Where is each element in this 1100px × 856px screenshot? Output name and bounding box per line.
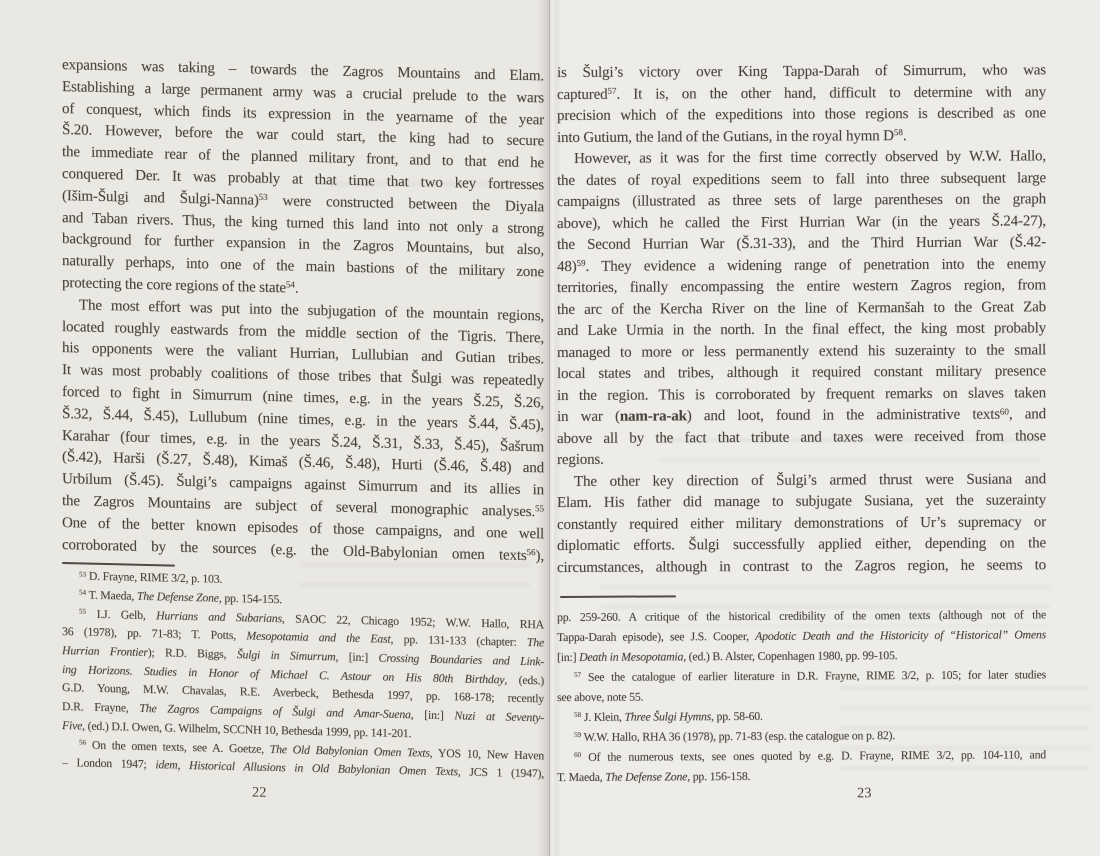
paragraph: 58 J. Klein, Three Šulgi Hymns, pp. 58-6…: [557, 704, 1046, 727]
text-line: managed to more or less permanently exte…: [557, 340, 1046, 364]
page-23-footnotes: pp. 259-260. A critique of the historica…: [557, 604, 1046, 787]
text-line: diplomatic efforts. Šulgi successfully a…: [557, 533, 1046, 557]
paragraph: is Šulgi’s victory over King Tappa-Darah…: [557, 60, 1046, 149]
text-line: 59 W.W. Hallo, RHA 36 (1978), pp. 71-83 …: [557, 724, 1046, 747]
paragraph: pp. 259-260. A critique of the historica…: [557, 604, 1046, 667]
text-line: circumstances, although in contrast to t…: [557, 555, 1046, 579]
footnote-separator: [560, 595, 676, 598]
text-line: see above, note 55.: [557, 684, 1046, 707]
text-line: the arc of the Kercha River on the line …: [557, 297, 1046, 321]
text-line: 60 Of the numerous texts, see ones quote…: [557, 744, 1046, 767]
text-line: 48)59. They evidence a widening range of…: [557, 254, 1046, 278]
paragraph: 59 W.W. Hallo, RHA 36 (1978), pp. 71-83 …: [557, 724, 1046, 747]
text-line: Elam. His father did manage to subjugate…: [557, 490, 1046, 514]
paragraph: 60 Of the numerous texts, see ones quote…: [557, 744, 1046, 787]
text-line: into Gutium, the land of the Gutians, in…: [557, 125, 1046, 149]
text-line: the dates of royal expeditions seem to f…: [557, 168, 1046, 192]
text-line: The other key direction of Šulgi’s armed…: [557, 469, 1046, 493]
text-line: territories, finally encompassing the en…: [557, 275, 1046, 299]
text-line: in war (nam-ra-ak) and loot, found in th…: [557, 404, 1046, 428]
page-22: expansions was taking – towards the Zagr…: [62, 55, 544, 808]
page-22-footnotes: 53 D. Frayne, RIME 3/2, p. 103.54 T. Mae…: [62, 566, 544, 783]
page-number: 23: [557, 784, 1046, 804]
paragraph: The other key direction of Šulgi’s armed…: [557, 469, 1046, 579]
text-line: campaigns (illustrated as three sets of …: [557, 189, 1046, 213]
text-line: above), which he called the First Hurria…: [557, 211, 1046, 235]
text-line: pp. 259-260. A critique of the historica…: [557, 604, 1046, 627]
text-line: T. Maeda, The Defense Zone, pp. 156-158.: [557, 764, 1046, 787]
text-line: is Šulgi’s victory over King Tappa-Darah…: [557, 60, 1046, 84]
paragraph: 57 See the catalogue of earlier literatu…: [557, 664, 1046, 707]
text-line: Tappa-Darah episode), see J.S. Cooper, A…: [557, 624, 1046, 647]
text-line: However, as it was for the first time co…: [557, 146, 1046, 170]
paragraph: However, as it was for the first time co…: [557, 146, 1046, 471]
paragraph: The most effort was put into the subjuga…: [62, 295, 544, 568]
text-line: local states and tribes, although it req…: [557, 361, 1046, 385]
page-22-body: expansions was taking – towards the Zagr…: [62, 55, 544, 568]
page-23: is Šulgi’s victory over King Tappa-Darah…: [557, 60, 1046, 804]
text-line: captured57. It is, on the other hand, di…: [557, 82, 1046, 106]
paragraph: 55 I.J. Gelb, Hurrians and Subarians, SA…: [62, 604, 544, 746]
text-line: and Lake Urmia in the north. In the fina…: [557, 318, 1046, 342]
page-23-body: is Šulgi’s victory over King Tappa-Darah…: [557, 60, 1046, 579]
text-line: above all by the fact that tribute and t…: [557, 426, 1046, 450]
text-line: constantly required either military demo…: [557, 512, 1046, 536]
text-line: regions.: [557, 447, 1046, 471]
text-line: the Second Hurrian War (Š.31-33), and th…: [557, 232, 1046, 256]
text-line: precision which of the expeditions into …: [557, 103, 1046, 127]
text-line: [in:] Death in Mesopotamia, (ed.) B. Als…: [557, 644, 1046, 667]
paragraph: expansions was taking – towards the Zagr…: [62, 55, 544, 306]
text-line: 57 See the catalogue of earlier literatu…: [557, 664, 1046, 687]
page-number: 22: [62, 780, 544, 808]
text-line: in the region. This is corroborated by f…: [557, 383, 1046, 407]
book-spread: expansions was taking – towards the Zagr…: [0, 0, 1100, 856]
text-line: 58 J. Klein, Three Šulgi Hymns, pp. 58-6…: [557, 704, 1046, 727]
